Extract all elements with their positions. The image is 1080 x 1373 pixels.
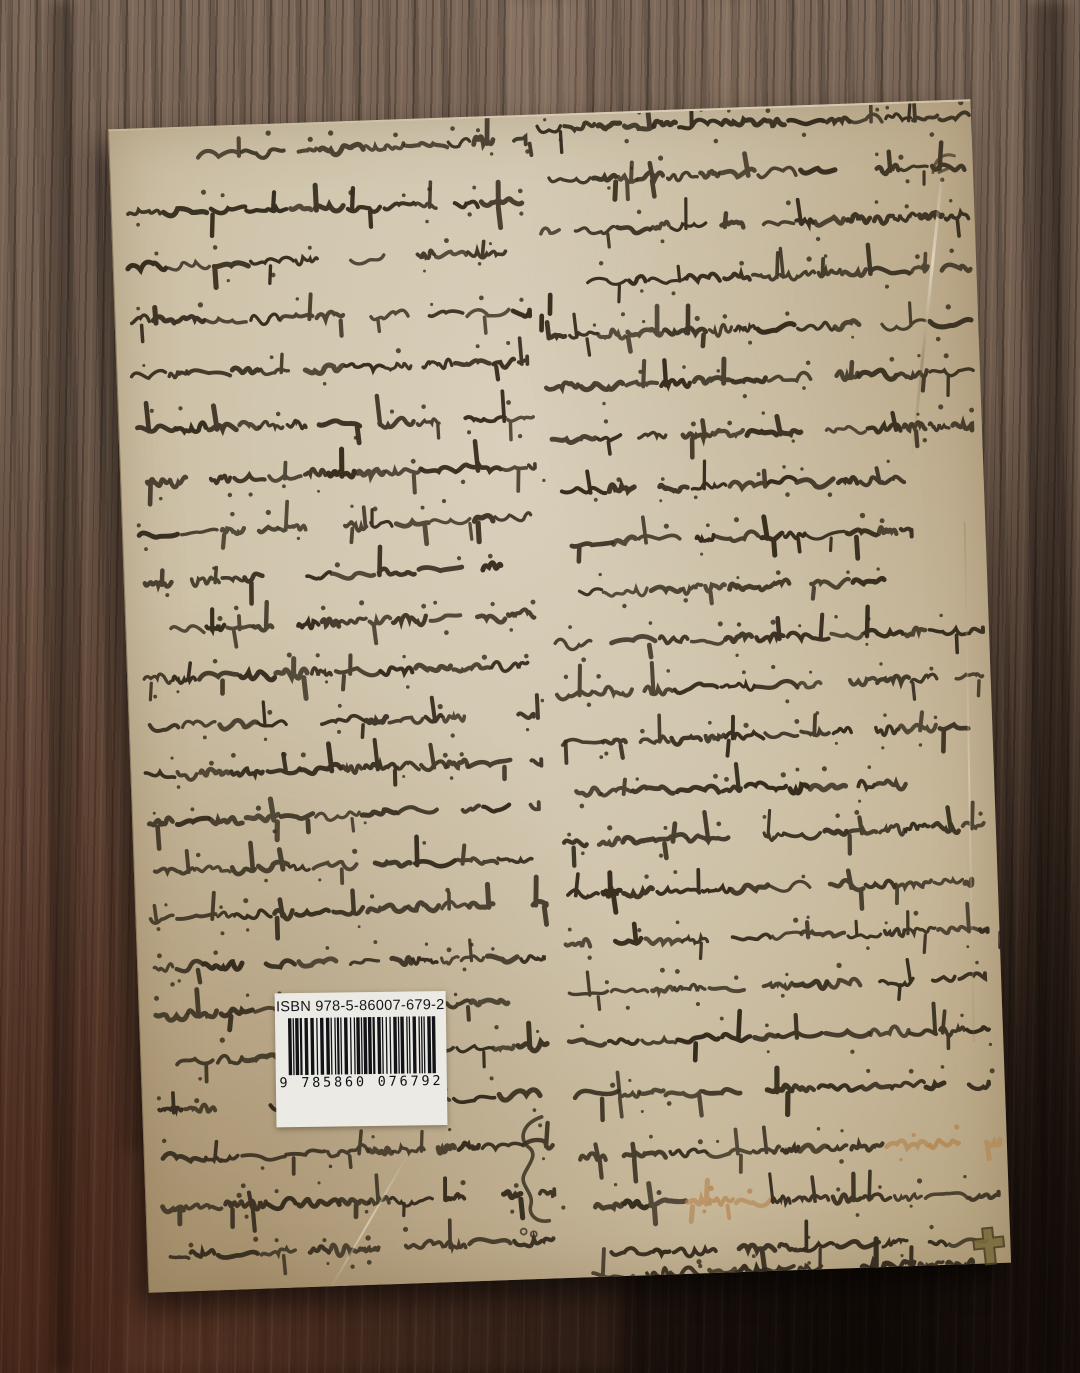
barcode-digits: 9 785860 076792 xyxy=(276,1073,446,1091)
syriac-manuscript-text xyxy=(109,101,1011,1292)
margin-flourish-ornament xyxy=(512,1112,561,1243)
isbn-number: ISBN 978-5-86007-679-2 xyxy=(276,997,445,1015)
corner-glyph-mark xyxy=(928,146,959,181)
wood-plank-seam xyxy=(52,0,72,1373)
wood-plank-seam xyxy=(1030,0,1070,1373)
book-back-cover: ISBN 978-5-86007-679-2 9 785860 076792 xyxy=(108,99,1011,1292)
cross-ornament xyxy=(970,1224,1008,1267)
isbn-barcode-sticker: ISBN 978-5-86007-679-2 9 785860 076792 xyxy=(275,991,448,1127)
wood-table-background: ISBN 978-5-86007-679-2 9 785860 076792 xyxy=(0,0,1080,1373)
